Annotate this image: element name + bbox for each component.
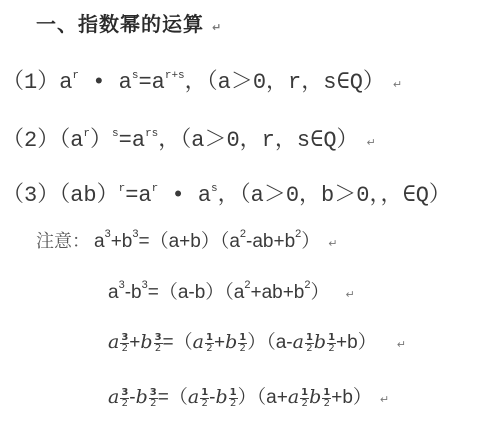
- term: a: [108, 386, 119, 408]
- base: a: [132, 128, 145, 153]
- term: b: [225, 331, 237, 353]
- fraction-exponent: 12: [305, 333, 314, 354]
- exponent: rs: [145, 128, 158, 140]
- term: a: [288, 386, 299, 408]
- fraction-exponent: 12: [200, 388, 209, 409]
- paragraph-mark-icon: ↵: [397, 338, 406, 351]
- base: a: [198, 183, 211, 208]
- paragraph-mark-icon: ↵: [212, 21, 222, 34]
- formula-2: （2）（ar）s=ars，（a＞0，r，s∈Q）↵: [2, 122, 376, 153]
- fraction-exponent: 32: [154, 333, 163, 354]
- term: a: [193, 331, 204, 353]
- denominator: 2: [150, 399, 156, 409]
- denominator: 2: [328, 344, 334, 354]
- base: a: [59, 70, 72, 95]
- term: =（a+b）（a: [139, 231, 240, 252]
- condition: ，（a＞0，b＞0，，∈Q）: [218, 183, 451, 208]
- denominator: 2: [306, 344, 312, 354]
- note-fractional-1: a32+b32=（a12+b12）（a-a12b12+b）↵: [108, 327, 406, 354]
- term: =（: [158, 387, 188, 408]
- fraction-exponent: 12: [229, 388, 238, 409]
- term: ）（a-: [247, 332, 292, 353]
- formula-index: （2）: [2, 128, 59, 153]
- term: a: [188, 386, 199, 408]
- term: a: [94, 231, 105, 252]
- formula-1: （1）ar • as=ar+s，（a＞0，r，s∈Q）↵: [2, 64, 402, 95]
- denominator: 2: [122, 399, 128, 409]
- formula-3: （3）（ab）r=ar • as，（a＞0，b＞0，，∈Q）: [2, 177, 451, 208]
- formula-index: （3）: [2, 183, 59, 208]
- operator: +: [129, 332, 140, 353]
- dot-operator: •: [171, 183, 184, 208]
- dot-operator: •: [92, 70, 105, 95]
- fraction-exponent: 32: [120, 333, 129, 354]
- term: =（a-b）（a: [148, 282, 245, 303]
- term: ）: [311, 282, 330, 303]
- section-heading: 一、指数幂的运算↵: [36, 8, 222, 37]
- paragraph-mark-icon: ↵: [380, 393, 389, 406]
- fraction-exponent: 12: [322, 388, 331, 409]
- fraction-exponent: 12: [205, 333, 214, 354]
- denominator: 2: [301, 399, 307, 409]
- term: b: [314, 331, 326, 353]
- term: ）: [301, 231, 320, 252]
- condition: ，（a＞0，r，s∈Q）: [185, 70, 385, 95]
- term: -ab+b: [246, 231, 295, 252]
- fraction-exponent: 32: [120, 388, 129, 409]
- fraction-exponent: 32: [149, 388, 158, 409]
- equals: =: [138, 70, 151, 95]
- note-identity-1: 注意：a3+b3=（a+b）（a2-ab+b2）↵: [36, 226, 338, 253]
- exponent: r: [72, 70, 79, 82]
- paragraph-mark-icon: ↵: [346, 288, 355, 301]
- term: b: [216, 386, 228, 408]
- base: a: [119, 70, 132, 95]
- denominator: 2: [202, 399, 208, 409]
- term: =（: [163, 332, 193, 353]
- term: -b: [125, 282, 142, 303]
- term: +b）: [336, 332, 377, 353]
- denominator: 2: [240, 344, 246, 354]
- note-label: 注意：: [36, 231, 90, 252]
- exponent: r: [152, 183, 159, 195]
- product: （ab）: [59, 183, 118, 208]
- term: b: [136, 386, 148, 408]
- formula-index: （1）: [2, 70, 59, 95]
- exponent: r+s: [165, 70, 185, 82]
- equals: =: [119, 128, 132, 153]
- denominator: 2: [230, 399, 236, 409]
- paragraph-mark-icon: ↵: [393, 78, 402, 91]
- condition: ，（a＞0，r，s∈Q）: [158, 128, 358, 153]
- denominator: 2: [206, 344, 212, 354]
- base: a: [138, 183, 151, 208]
- paragraph-mark-icon: ↵: [367, 136, 376, 149]
- base: a: [152, 70, 165, 95]
- denominator: 2: [155, 344, 161, 354]
- exponent: s: [112, 128, 119, 140]
- note-identity-2: a3-b3=（a-b）（a2+ab+b2）↵: [108, 277, 355, 304]
- equals: =: [125, 183, 138, 208]
- term: a: [108, 331, 119, 353]
- paragraph-mark-icon: ↵: [328, 237, 337, 250]
- fraction-exponent: 12: [327, 333, 336, 354]
- term: b: [309, 386, 321, 408]
- term: +b）: [331, 387, 372, 408]
- note-fractional-2: a32-b32=（a12-b12）（a+a12b12+b）↵: [108, 382, 389, 409]
- fraction-exponent: 12: [238, 333, 247, 354]
- denominator: 2: [324, 399, 330, 409]
- paren: ）: [90, 128, 112, 153]
- base: a: [70, 128, 83, 153]
- term: a: [108, 282, 119, 303]
- denominator: 2: [122, 344, 128, 354]
- operator: +: [214, 332, 225, 353]
- heading-text: 一、指数幂的运算: [36, 12, 204, 36]
- term: a: [293, 331, 304, 353]
- paren: （: [59, 128, 70, 153]
- term: b: [140, 331, 152, 353]
- fraction-exponent: 12: [300, 388, 309, 409]
- exponent: s: [211, 183, 218, 195]
- term: ）（a+: [238, 387, 288, 408]
- term: +b: [111, 231, 133, 252]
- term: +ab+b: [250, 282, 304, 303]
